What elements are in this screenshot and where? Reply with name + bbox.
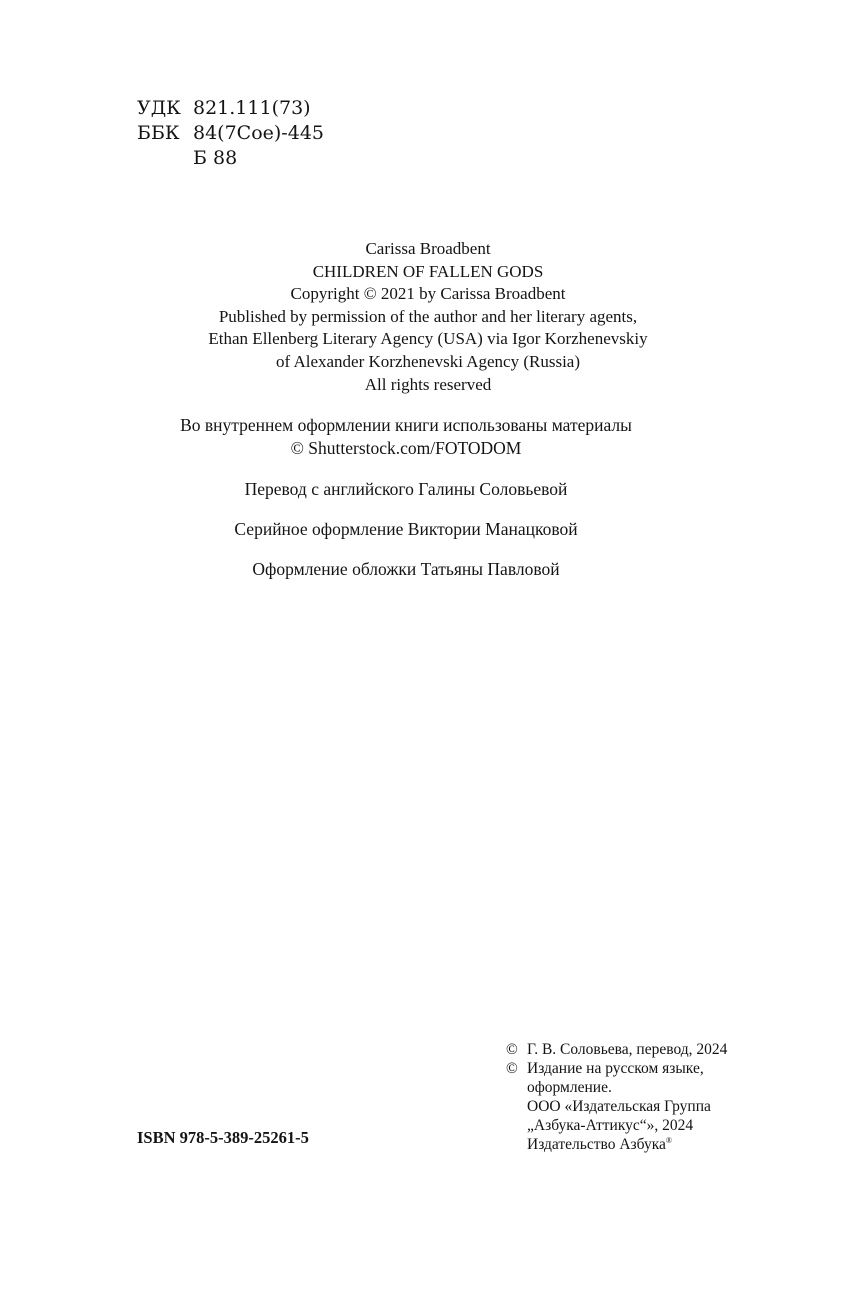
original-author: Carissa Broadbent	[0, 238, 856, 261]
copyright-icon: ©	[506, 1059, 527, 1154]
edition-line: ООО «Издательская Группа	[527, 1097, 711, 1116]
materials-credit: Во внутреннем оформлении книги использов…	[0, 414, 856, 460]
classification-block: УДК 821.111(73) ББК 84(7Сое)-445 Б 88	[137, 96, 324, 171]
original-credits: Carissa Broadbent CHILDREN OF FALLEN GOD…	[0, 238, 856, 396]
rights-reserved: All rights reserved	[0, 374, 856, 397]
udk-row: УДК 821.111(73)	[137, 96, 324, 121]
bbk-label: ББК	[137, 121, 193, 146]
isbn: ISBN 978-5-389-25261-5	[137, 1128, 309, 1148]
series-design-credit: Серийное оформление Виктории Манацковой	[0, 518, 856, 541]
materials-line: Во внутреннем оформлении книги использов…	[0, 414, 856, 437]
edition-line: „Азбука-Аттикус“», 2024	[527, 1116, 711, 1135]
agency-line-2: of Alexander Korzhenevski Agency (Russia…	[0, 351, 856, 374]
translation-credit: Перевод с английского Галины Соловьевой	[0, 478, 856, 501]
translation-copyright-text: Г. В. Соловьева, перевод, 2024	[527, 1040, 727, 1059]
edition-copyright: © Издание на русском языке, оформление. …	[506, 1059, 727, 1154]
translation-credit-text: Перевод с английского Галины Соловьевой	[0, 478, 856, 501]
publisher-name: Издательство Азбука	[527, 1136, 666, 1153]
translation-copyright: © Г. В. Соловьева, перевод, 2024	[506, 1040, 727, 1059]
original-copyright: Copyright © 2021 by Carissa Broadbent	[0, 283, 856, 306]
original-title: CHILDREN OF FALLEN GODS	[0, 261, 856, 284]
cover-design-credit: Оформление обложки Татьяны Павловой	[0, 558, 856, 581]
series-design-text: Серийное оформление Виктории Манацковой	[0, 518, 856, 541]
edition-line: оформление.	[527, 1078, 711, 1097]
author-mark: Б 88	[137, 146, 324, 171]
publisher-line: Издательство Азбука®	[527, 1135, 711, 1154]
udk-value: 821.111(73)	[193, 96, 311, 121]
bbk-row: ББК 84(7Сое)-445	[137, 121, 324, 146]
edition-line: Издание на русском языке,	[527, 1059, 711, 1078]
copyright-notices: © Г. В. Соловьева, перевод, 2024 © Издан…	[506, 1040, 727, 1154]
agency-line: Ethan Ellenberg Literary Agency (USA) vi…	[0, 328, 856, 351]
shutterstock-line: © Shutterstock.com/FOTODOM	[0, 437, 856, 460]
copyright-icon: ©	[506, 1040, 527, 1059]
cover-design-text: Оформление обложки Татьяны Павловой	[0, 558, 856, 581]
udk-label: УДК	[137, 96, 193, 121]
registered-trademark-icon: ®	[666, 1136, 672, 1145]
bbk-value: 84(7Сое)-445	[193, 121, 324, 146]
permission-line: Published by permission of the author an…	[0, 306, 856, 329]
